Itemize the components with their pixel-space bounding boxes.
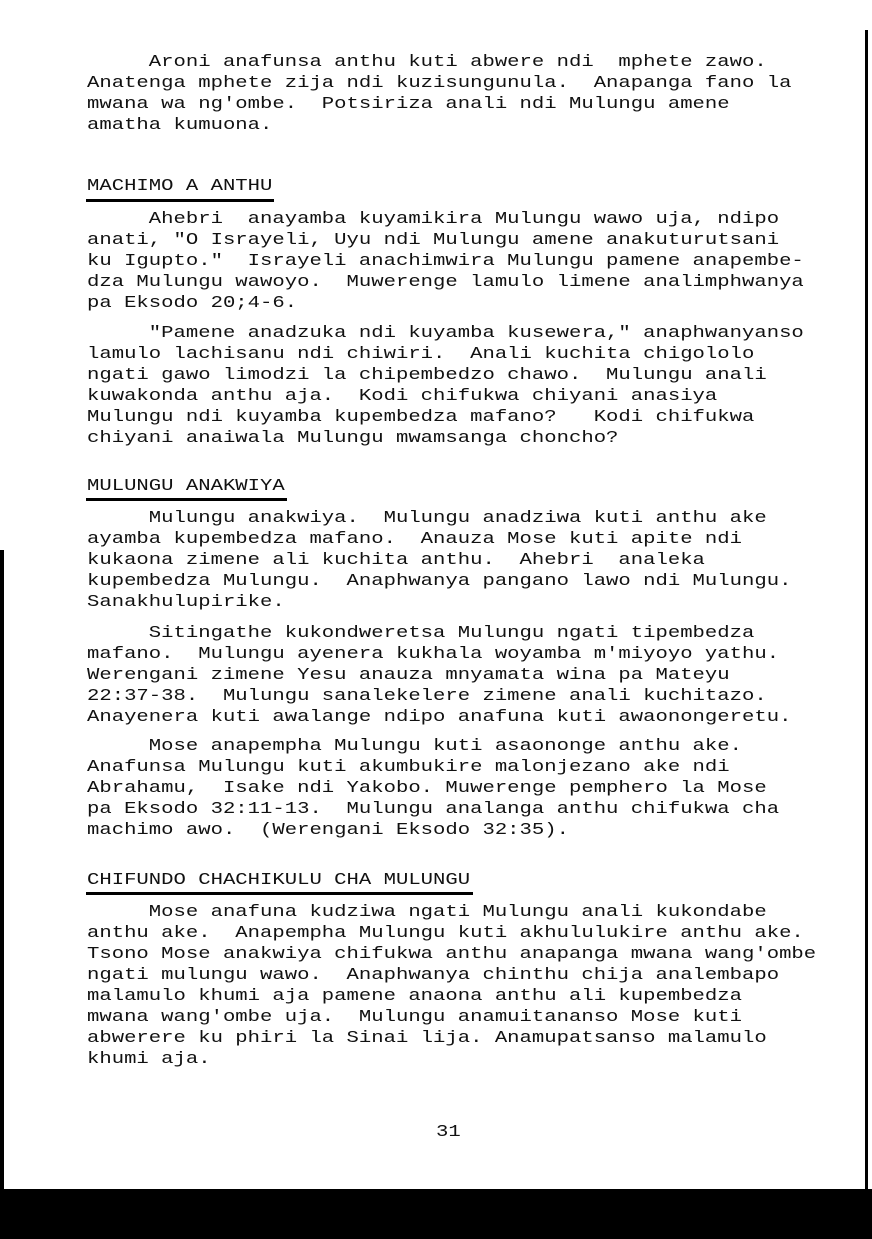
text-line: chiyani anaiwala Mulungu mwamsanga chonc… (87, 430, 847, 447)
text-line: Anafunsa Mulungu kuti akumbukire malonje… (87, 759, 847, 776)
text-line: amatha kumuona. (87, 117, 847, 134)
text-line: ku Igupto." Israyeli anachimwira Mulungu… (87, 253, 847, 270)
text-line: "Pamene anadzuka ndi kuyamba kusewera," … (87, 325, 847, 342)
section-heading: CHIFUNDO CHACHIKULU CHA MULUNGU (87, 872, 470, 889)
heading-underline (86, 199, 274, 202)
scan-edge-right (865, 30, 868, 1190)
heading-underline (86, 892, 473, 895)
text-line: Mose anapempha Mulungu kuti asaononge an… (87, 738, 847, 755)
text-line: ngati gawo limodzi la chipembedzo chawo.… (87, 367, 847, 384)
text-line: abwerere ku phiri la Sinai lija. Anamupa… (87, 1030, 847, 1047)
heading-underline (86, 498, 287, 501)
paragraph: Sitingathe kukondweretsa Mulungu ngati t… (87, 623, 847, 728)
page-number: 31 (436, 1124, 461, 1141)
text-line: anthu ake. Anapempha Mulungu kuti akhulu… (87, 925, 847, 942)
text-line: lamulo lachisanu ndi chiwiri. Anali kuch… (87, 346, 847, 363)
text-line: Mulungu ndi kuyamba kupembedza mafano? K… (87, 409, 847, 426)
paragraph: "Pamene anadzuka ndi kuyamba kusewera," … (87, 323, 847, 449)
section-heading: MULUNGU ANAKWIYA (87, 478, 285, 495)
scan-edge-left (0, 550, 4, 1190)
text-line: kuwakonda anthu aja. Kodi chifukwa chiya… (87, 388, 847, 405)
text-line: Sitingathe kukondweretsa Mulungu ngati t… (87, 625, 847, 642)
text-line: dza Mulungu wawoyo. Muwerenge lamulo lim… (87, 274, 847, 291)
text-line: kukaona zimene ali kuchita anthu. Ahebri… (87, 552, 847, 569)
text-line: pa Eksodo 32:11-13. Mulungu analanga ant… (87, 801, 847, 818)
paragraph: Ahebri anayamba kuyamikira Mulungu wawo … (87, 209, 847, 314)
text-line: Abrahamu, Isake ndi Yakobo. Muwerenge pe… (87, 780, 847, 797)
text-line: Mose anafuna kudziwa ngati Mulungu anali… (87, 904, 847, 921)
section-heading: MACHIMO A ANTHU (87, 178, 272, 195)
text-line: Tsono Mose anakwiya chifukwa anthu anapa… (87, 946, 847, 963)
paragraph: Mose anapempha Mulungu kuti asaononge an… (87, 736, 847, 841)
text-line: machimo awo. (Werengani Eksodo 32:35). (87, 822, 847, 839)
text-line: Ahebri anayamba kuyamikira Mulungu wawo … (87, 211, 847, 228)
paragraph: Mose anafuna kudziwa ngati Mulungu anali… (87, 902, 847, 1070)
scanned-page: Aroni anafunsa anthu kuti abwere ndi mph… (0, 0, 872, 1239)
text-line: Sanakhulupirike. (87, 594, 847, 611)
text-line: anati, "O Israyeli, Uyu ndi Mulungu amen… (87, 232, 847, 249)
text-line: Anatenga mphete zija ndi kuzisungunula. … (87, 75, 847, 92)
text-line: mwana wa ng'ombe. Potsiriza anali ndi Mu… (87, 96, 847, 113)
scan-edge-bottom (0, 1189, 872, 1239)
text-line: Mulungu anakwiya. Mulungu anadziwa kuti … (87, 510, 847, 527)
text-line: ngati mulungu wawo. Anaphwanya chinthu c… (87, 967, 847, 984)
text-line: 22:37-38. Mulungu sanalekelere zimene an… (87, 688, 847, 705)
text-line: ayamba kupembedza mafano. Anauza Mose ku… (87, 531, 847, 548)
intro-paragraph: Aroni anafunsa anthu kuti abwere ndi mph… (87, 52, 847, 136)
text-line: kupembedza Mulungu. Anaphwanya pangano l… (87, 573, 847, 590)
paragraph: Mulungu anakwiya. Mulungu anadziwa kuti … (87, 508, 847, 613)
text-line: khumi aja. (87, 1051, 847, 1068)
text-line: Anayenera kuti awalange ndipo anafuna ku… (87, 709, 847, 726)
text-line: pa Eksodo 20;4-6. (87, 295, 847, 312)
text-line: Aroni anafunsa anthu kuti abwere ndi mph… (87, 54, 847, 71)
text-line: Werengani zimene Yesu anauza mnyamata wi… (87, 667, 847, 684)
text-line: mwana wang'ombe uja. Mulungu anamuitanan… (87, 1009, 847, 1026)
text-line: malamulo khumi aja pamene anaona anthu a… (87, 988, 847, 1005)
text-line: mafano. Mulungu ayenera kukhala woyamba … (87, 646, 847, 663)
